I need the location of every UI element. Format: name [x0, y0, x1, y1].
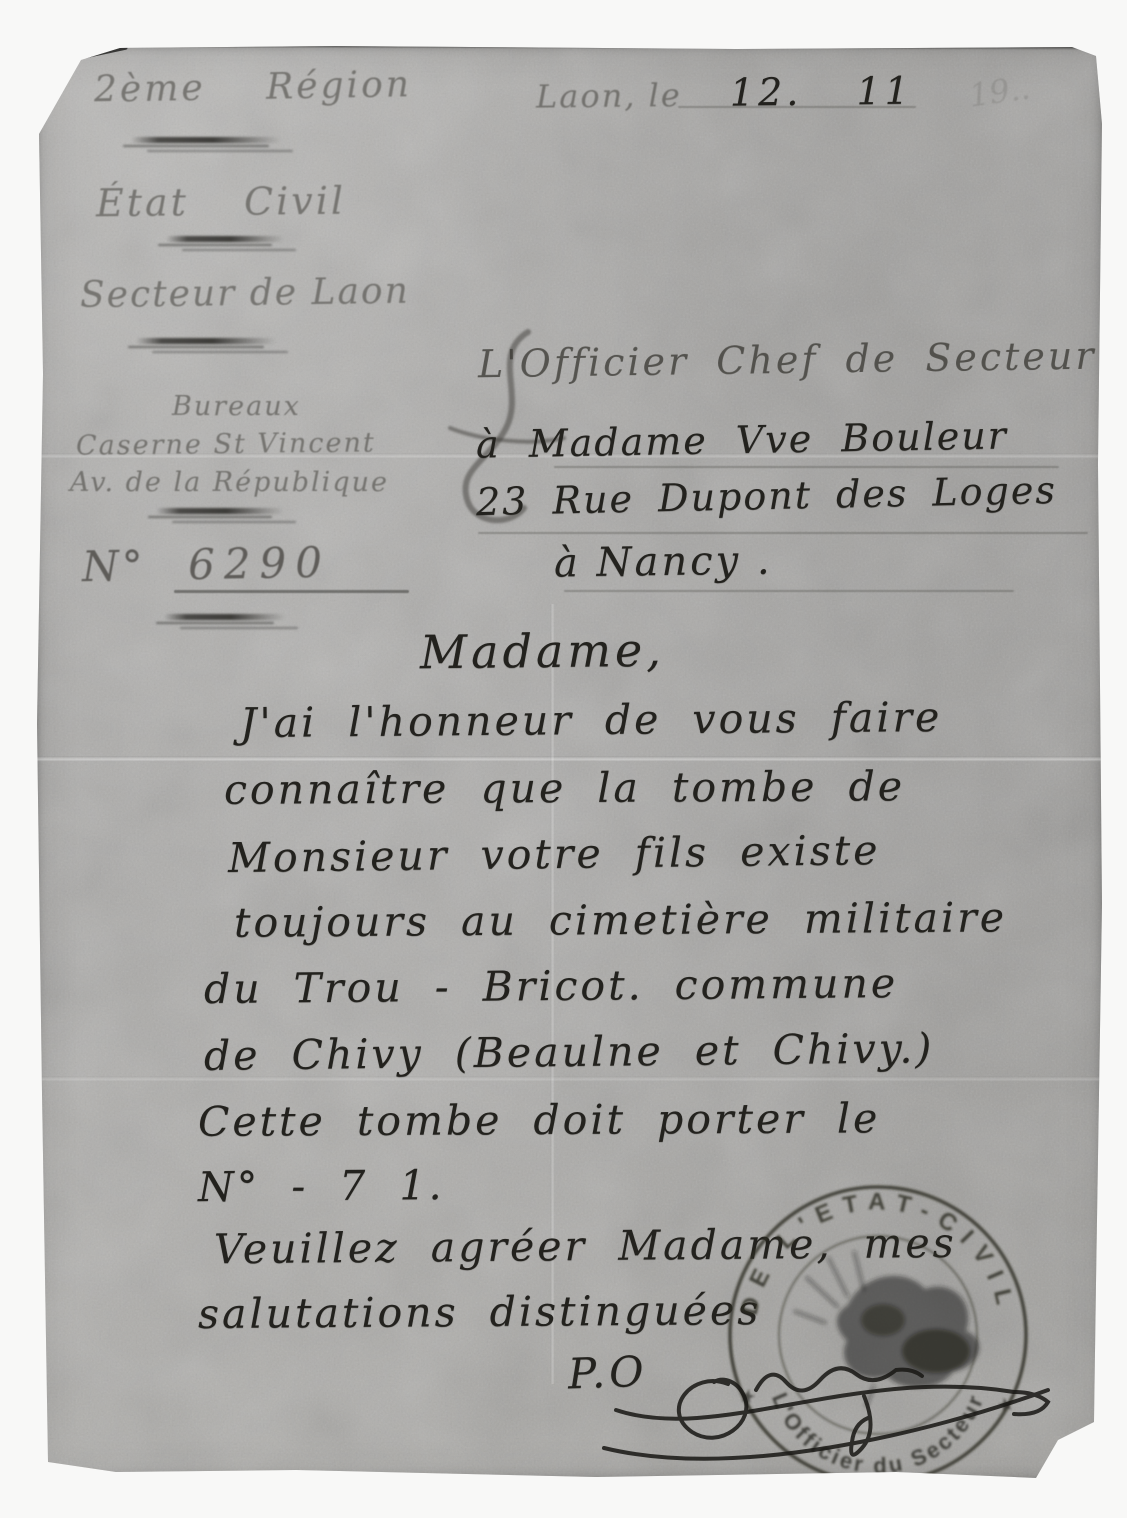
dateline: Laon, le 12. 11 19.. — [536, 69, 1031, 116]
dateline-year-faint: 19.. — [967, 70, 1033, 114]
header-bureaux-line: Caserne St Vincent — [76, 428, 376, 461]
body-line: J'ai l'honneur de vous faire — [240, 695, 943, 746]
body-line: toujours au cimetière militaire — [234, 895, 1007, 945]
body-line: N° - 7 1. — [198, 1163, 445, 1210]
recipient-underline — [554, 466, 1059, 468]
pencil-scribble — [156, 508, 284, 514]
pencil-scribble — [164, 614, 286, 620]
reference-number-value: 6290 — [188, 538, 332, 589]
stamp-star-right: ★ — [992, 1392, 1020, 1418]
stamp-arc-bottom-text: L'Officier du Secteur — [767, 1389, 989, 1478]
letter-paper: 2ème Région État Civil Secteur de Laon B… — [36, 44, 1106, 1482]
fold-crease — [36, 756, 1106, 762]
svg-text:L'Officier du Secteur: L'Officier du Secteur — [767, 1389, 989, 1478]
pencil-scribble — [136, 338, 276, 344]
reference-number-label: N° — [82, 541, 147, 591]
body-line: connaître que la tombe de — [224, 764, 905, 813]
body-line: de Chivy (Beaulne et Chivy.) — [204, 1026, 935, 1079]
signature — [596, 1326, 1066, 1496]
body-line: du Trou - Bricot. commune — [204, 961, 899, 1012]
recipient-city-line: à Nancy . — [554, 538, 773, 585]
header-bureaux-line: Bureaux — [172, 392, 301, 422]
recipient-office-line: L'Officier Chef de Secteur — [478, 336, 1097, 386]
body-line: salutations distinguées — [198, 1288, 762, 1337]
salutation: Madame, — [420, 625, 665, 678]
body-line: Monsieur votre fils existe — [228, 828, 881, 881]
recipient-name-line: à Madame Vve Bouleur — [476, 415, 1009, 466]
recipient-underline — [478, 532, 1088, 534]
reference-number: N° 6290 — [82, 540, 332, 591]
header-secteur: Secteur de Laon — [80, 272, 410, 316]
stamp-emblem-smudge — [794, 1251, 979, 1407]
header-etat-civil: État Civil — [96, 181, 346, 225]
recipient-street-line: 23 Rue Dupont des Loges — [476, 470, 1058, 524]
fold-crease — [36, 1076, 1106, 1082]
pencil-scribble — [131, 137, 281, 143]
stamp-star-left: ★ — [734, 1384, 762, 1410]
per-order-initials: P.O — [567, 1349, 648, 1398]
pencil-scribble — [166, 236, 284, 242]
dateline-place: Laon, le — [536, 76, 682, 116]
header-bureaux-line: Av. de la République — [70, 468, 389, 498]
body-line: Cette tombe doit porter le — [198, 1096, 881, 1145]
scan-background: { "letter": { "header_left": { "region":… — [0, 0, 1127, 1518]
official-stamp: DE L'ETAT-CIVIL L'Officier du Secteur ★ … — [698, 1155, 1058, 1515]
header-region: 2ème Région — [94, 65, 413, 110]
body-line: Veuillez agréer Madame, mes — [214, 1221, 957, 1273]
dateline-underline — [678, 106, 916, 108]
paper-top-edge — [120, 43, 1098, 50]
recipient-underline — [564, 590, 1014, 592]
number-underline — [174, 590, 409, 593]
paper-top-left-corner-edge — [74, 45, 128, 60]
